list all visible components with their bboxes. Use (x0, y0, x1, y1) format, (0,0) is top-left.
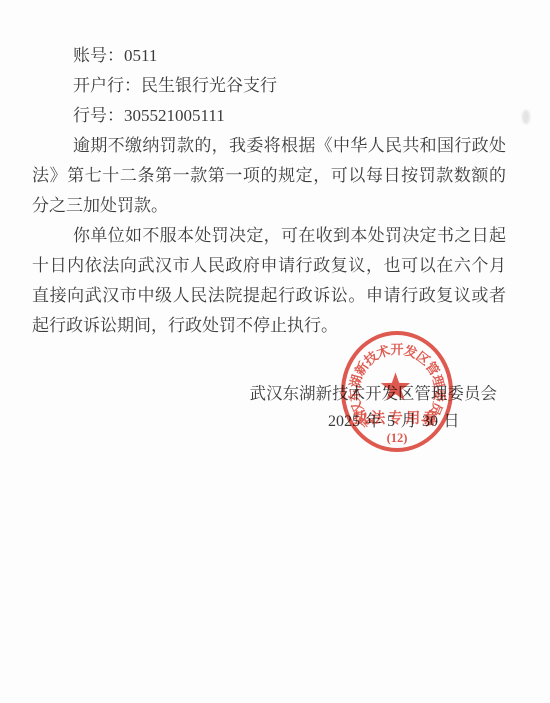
document-line: 逾期不缴纳罚款的，我委将根据《中华人民共和国行政处罚 (32, 131, 506, 161)
document-body: 账号：0511开户行：民生银行光谷支行行号：305521005111逾期不缴纳罚… (32, 41, 506, 341)
date-line: 2025 年 5 月 30 日 (328, 412, 460, 432)
seal-arc-char: 管 (422, 357, 445, 378)
document-line: 十日内依法向武汉市人民政府申请行政复议，也可以在六个月内 (32, 251, 506, 281)
seal-arc-char: 技 (359, 346, 381, 369)
document-line: 账号：0511 (32, 41, 506, 71)
seal-arc-char: 开 (390, 339, 403, 358)
seal-arc-char: 术 (374, 339, 392, 361)
document-line: 开户行：民生银行光谷支行 (32, 71, 506, 101)
document-line: 起行政诉讼期间，行政处罚不停止执行。 (32, 311, 506, 341)
document-line: 直接向武汉市中级人民法院提起行政诉讼。申请行政复议或者提 (32, 281, 506, 311)
document-page: 账号：0511开户行：民生银行光谷支行行号：305521005111逾期不缴纳罚… (0, 0, 550, 703)
seal-arc-char: 新 (349, 357, 372, 378)
document-line: 分之三加处罚款。 (32, 191, 506, 221)
seal-number-text: (12) (341, 431, 453, 446)
document-line: 行号：305521005111 (32, 101, 506, 131)
scan-artifact (522, 110, 530, 124)
signature-line: 武汉东湖新技术开发区管理委员会 (250, 384, 497, 404)
seal-arc-char: 发 (402, 339, 420, 361)
document-line: 法》第七十二条第一款第一项的规定，可以每日按罚款数额的百 (32, 161, 506, 191)
document-line: 你单位如不服本处罚决定，可在收到本处罚决定书之日起六 (32, 221, 506, 251)
seal-arc-char: 区 (413, 346, 435, 369)
